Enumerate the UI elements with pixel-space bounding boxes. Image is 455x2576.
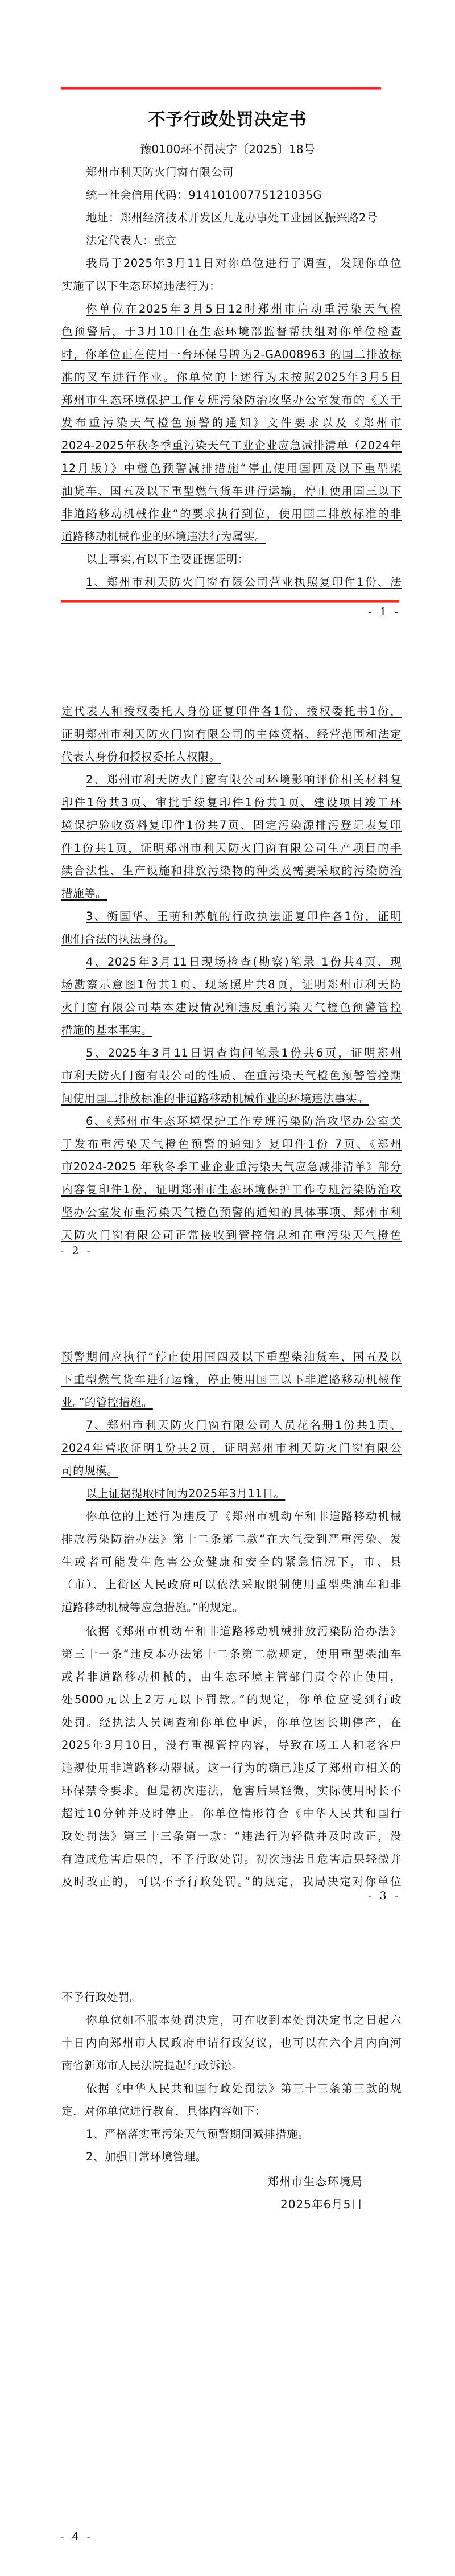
body-line: 市利天防火门窗有限公司的性质、在重污染天气橙色预警管控期 xyxy=(61,1068,402,1084)
page-number: - 2 - xyxy=(60,1244,93,1257)
body-line: 十日内向郑州市人民政府申请行政复议，也可以在六个月内向河 xyxy=(61,2035,402,2051)
body-line: 或者非道路移动机械的，由生态环境主管部门责令停止使用， xyxy=(61,1669,402,1685)
page-2: 定代表人和授权委托人身份证复印件各1份、授权委托书1份， 证明郑州市利天防火门窗… xyxy=(0,644,455,1288)
page-4: 不予行政处罚。 你单位如不服本处罚决定，可在收到本处罚决定书之日起六 十日内向郑… xyxy=(0,1932,455,2576)
body-line: 内容复印件1份，证明郑州市生态环境保护工作专班污染防治攻 xyxy=(61,1182,402,1198)
body-line: 预警期间应执行“停止使用国四及以下重型柴油货车、国五及以 xyxy=(61,1349,402,1365)
body-line: 2025年3月10日，没有重视管控内容，导致在场工人和老客户 xyxy=(61,1737,402,1753)
body-line: 郑州市生态环境保护工作专班污染防治攻坚办公室发布的《关于 xyxy=(61,392,402,408)
body-line: 场勘察示意图1份共1页、现场照片共8页，证明郑州市利天防 xyxy=(61,977,402,993)
body-line: 依据《中华人民共和国行政处罚法》第三十三条第三款的规 xyxy=(86,2081,402,2097)
company-name: 郑州市利天防火门窗有限公司 xyxy=(86,165,234,180)
body-line: 违规使用非道路移动器械。这一行为的确已违反了郑州市相关的 xyxy=(61,1760,402,1776)
body-line: 2、加强日常环境管理。 xyxy=(86,2149,207,2165)
body-line: （市）、上街区人民政府可以依法采取限制使用重型柴油车和非 xyxy=(61,1577,402,1593)
body-line: 排放污染防治办法》第十二条第二款“在大气受到严重污染、发 xyxy=(61,1531,402,1547)
body-line: 坚办公室发布重污染天气橙色预警的通知的具体事项、郑州市利 xyxy=(61,1205,402,1221)
page-1: 不予行政处罚决定书 豫0100环不罚决字〔2025〕18号 郑州市利天防火门窗有… xyxy=(0,0,455,644)
body-line: 以上事实,有以下主要证据证明： xyxy=(86,552,249,568)
body-line: 火门窗有限公司基本建设情况和违反重污染天气橙色预警管控 xyxy=(61,1000,402,1016)
body-line: 印件1份共3页、审批手续复印件1份共1页、建设项目竣工环 xyxy=(61,795,402,811)
body-line: 非道路移动机械作业”的要求执行到位，使用国二排放标准的非 xyxy=(61,506,402,522)
body-line: 时，你单位正在使用一台环保号牌为2-GA008963 的国二排放标 xyxy=(61,347,402,363)
page-number: - 4 - xyxy=(60,2530,93,2543)
body-line: 2、郑州市利天防火门窗有限公司环境影响评价相关材料复 xyxy=(86,772,402,788)
body-line: 生或者可能发生危害公众健康和安全的紧急情况下，市、县 xyxy=(61,1554,402,1570)
body-line: 7、郑州市利天防火门窗有限公司人员花名册1份共1页、 xyxy=(86,1418,402,1433)
body-line: 色预警后，于3月10日在生态环境部监督帮扶组对你单位检查 xyxy=(61,324,402,340)
body-line: 续合法性、生产设施和排放污染物的种类及需要采取的污染防治 xyxy=(61,863,402,879)
body-line: 1、严格落实重污染天气预警期间减排措施。 xyxy=(86,2126,309,2142)
legal-representative: 法定代表人：张立 xyxy=(86,233,177,249)
body-line: 我局于2025年3月11日对你单位进行了调查，发现你单位 xyxy=(86,256,402,272)
page-number: - 3 - xyxy=(368,1889,400,1902)
body-line: 以上证据提取时间为2025年3月11日。 xyxy=(86,1486,285,1502)
body-line: 他们合法的执法身份。 xyxy=(61,931,175,947)
body-line: 你单位的上述行为违反了《郑州市机动车和非道路移动机械 xyxy=(86,1509,402,1525)
body-line: 不予行政处罚。 xyxy=(61,1990,141,2006)
body-line: 及时改正的，可以不予行政处罚。”的规定，我局决定对你单位 xyxy=(61,1874,402,1890)
body-line: 有造成危害后果的，不予行政处罚。初次违法且危害后果轻微并 xyxy=(61,1851,402,1867)
body-line: 准的叉车进行作业。你单位的上述行为未按照2025年3月5日 xyxy=(61,369,402,385)
address: 地址：郑州经济技术开发区九龙办事处工业园区振兴路2号 xyxy=(86,210,378,226)
signing-date: 2025年6月5日 xyxy=(280,2195,363,2212)
body-line: 5、2025年3月11日调查询问笔录1份共6页，证明郑州 xyxy=(86,1045,402,1061)
body-line: 市2024-2025 年秋冬季工业企业重污染天气应急减排清单》部分 xyxy=(61,1159,402,1175)
body-line: 证明郑州市利天防火门窗有限公司的主体资格、经营范围和法定 xyxy=(61,726,402,742)
body-line: 司的规模。 xyxy=(61,1463,118,1479)
body-line: 实施了以下生态环境违法行为： xyxy=(61,278,221,294)
document-title: 不予行政处罚决定书 xyxy=(0,105,455,130)
body-line: 依据《郑州市机动车和非道路移动机械排放污染防治办法》 xyxy=(86,1624,402,1640)
body-line: 你单位如不服本处罚决定，可在收到本处罚决定书之日起六 xyxy=(86,2012,402,2028)
body-line: 超过10分钟并及时停止。你单位情形符合《中华人民共和国行 xyxy=(61,1806,402,1822)
body-line: 政处罚法》第三十三条第一款：“违法行为轻微并及时改正，没 xyxy=(61,1829,402,1844)
body-line: 你单位在2025年3月5日12时郑州市启动重污染天气橙 xyxy=(86,301,402,317)
body-line: 处罚。经执法人员调查和你单位申诉，你单位因长期停产，在 xyxy=(61,1715,402,1731)
body-line: 道路移动机械等应急措施。”的规定。 xyxy=(61,1600,244,1616)
header-red-rule xyxy=(61,87,381,90)
body-line: 业。”的管控措施。 xyxy=(61,1395,153,1411)
body-line: 6、《郑州市生态环境保护工作专班污染防治攻坚办公室关 xyxy=(86,1114,402,1129)
body-line: 代表人身份和授权委托人权限。 xyxy=(61,749,221,765)
signing-agency: 郑州市生态环境局 xyxy=(267,2172,363,2189)
body-line: 措施的基本事实。 xyxy=(61,1022,152,1038)
body-line: 油货车、国五及以下重型燃气货车进行运输，停止使用国三以下 xyxy=(61,483,402,499)
body-line: 道路移动机械作业的环境违法行为属实。 xyxy=(61,529,266,545)
body-line: 天防火门窗有限公司正常接收到管控信息和在重污染天气橙色 xyxy=(61,1227,402,1243)
body-line: 12月版）》中橙色预警减排措施“停止使用国四及以下重型柴 xyxy=(61,461,402,476)
page-number: - 1 - xyxy=(368,606,400,618)
body-line: 1、郑州市利天防火门窗有限公司营业执照复印件1份、法 xyxy=(86,574,402,590)
body-line: 境保护验收资料复印件1份共7页、固定污染源排污登记表复印 xyxy=(61,817,402,833)
body-line: 于发布重污染天气橙色预警的通知》复印件1份 7页、《郑州 xyxy=(61,1136,402,1152)
footer-red-rule xyxy=(61,600,399,603)
body-line: 处5000元以上2万元以下罚款。”的规定，你单位应受到行政 xyxy=(61,1692,402,1708)
body-line: 南省新郑市人民法院提起行政诉讼。 xyxy=(61,2058,243,2074)
body-line: 2024年营收证明1份共2页，证明郑州市利天防火门窗有限公 xyxy=(61,1440,402,1456)
body-line: 4、2025年3月11日现场检查(勘察)笔录 1份共4页、现 xyxy=(86,954,402,970)
body-line: 第三十一条“违反本办法第十二条第二款规定，使用重型柴油车 xyxy=(61,1646,402,1662)
page-3: 预警期间应执行“停止使用国四及以下重型柴油货车、国五及以 下重型燃气货车进行运输… xyxy=(0,1288,455,1932)
body-line: 定，对你单位进行教育，具体内容如下： xyxy=(61,2103,266,2119)
body-line: 3、衡国华、王萌和苏航的行政执法证复印件各1份，证明 xyxy=(86,909,402,925)
body-line: 间使用国二排放标准的非道路移动机械作业的环境违法事实。 xyxy=(61,1091,369,1107)
document-number: 豫0100环不罚决字〔2025〕18号 xyxy=(0,140,455,157)
body-line: 件1份共1页，证明郑州市利天防火门窗有限公司生产项目的手 xyxy=(61,840,402,856)
body-line: 措施等。 xyxy=(61,886,107,902)
body-line: 2024-2025年秋冬季重污染天气工业企业应急减排清单（2024年 xyxy=(61,438,402,454)
body-line: 下重型燃气货车进行运输，停止使用国三以下非道路移动机械作 xyxy=(61,1372,402,1388)
body-line: 定代表人和授权委托人身份证复印件各1份、授权委托书1份， xyxy=(61,704,402,720)
body-line: 环保禁令要求。但是初次违法，危害后果轻微，实际使用时长不 xyxy=(61,1783,402,1799)
credit-code: 统一社会信用代码：91410100775121035G xyxy=(86,187,322,203)
body-line: 发布重污染天气橙色预警的通知》文件要求以及《郑州市 xyxy=(61,415,402,431)
